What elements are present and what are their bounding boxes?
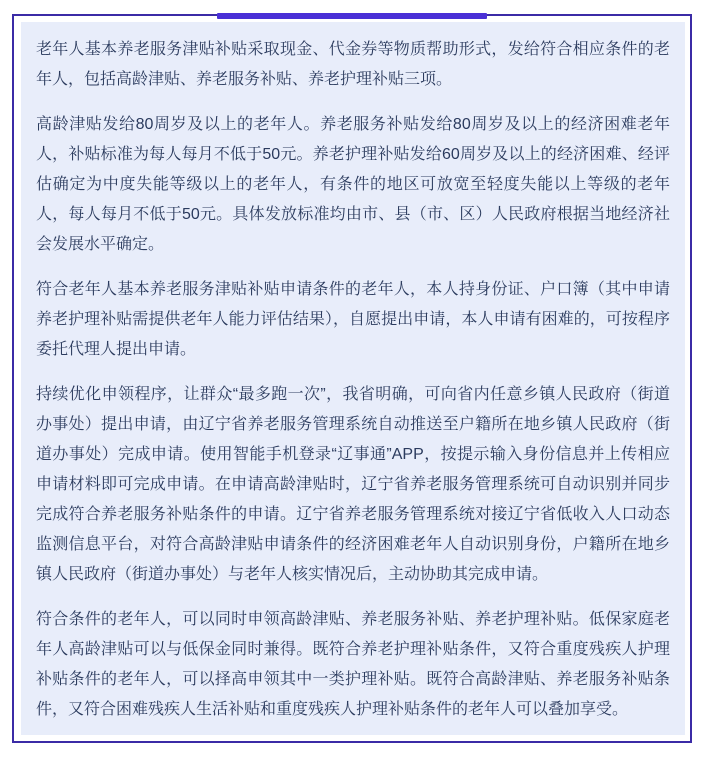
paragraph-subsidy-standards: 高龄津贴发给80周岁及以上的老年人。养老服务补贴发给80周岁及以上的经济困难老年… xyxy=(36,110,670,260)
paragraph-application-materials: 符合老年人基本养老服务津贴补贴申请条件的老年人，本人持身份证、户口簿（其中申请养… xyxy=(36,275,670,365)
article-frame: 老年人基本养老服务津贴补贴采取现金、代金券等物质帮助形式，发给符合相应条件的老年… xyxy=(12,14,692,743)
page: 老年人基本养老服务津贴补贴采取现金、代金券等物质帮助形式，发给符合相应条件的老年… xyxy=(0,0,719,759)
top-accent-bar xyxy=(217,13,487,19)
paragraph-subsidy-overview: 老年人基本养老服务津贴补贴采取现金、代金券等物质帮助形式，发给符合相应条件的老年… xyxy=(36,35,670,95)
paragraph-combined-benefits: 符合条件的老年人，可以同时申领高龄津贴、养老服务补贴、养老护理补贴。低保家庭老年… xyxy=(36,605,670,725)
paragraph-application-process: 持续优化申领程序，让群众“最多跑一次”，我省明确，可向省内任意乡镇人民政府（街道… xyxy=(36,380,670,590)
article-body: 老年人基本养老服务津贴补贴采取现金、代金券等物质帮助形式，发给符合相应条件的老年… xyxy=(21,22,685,735)
